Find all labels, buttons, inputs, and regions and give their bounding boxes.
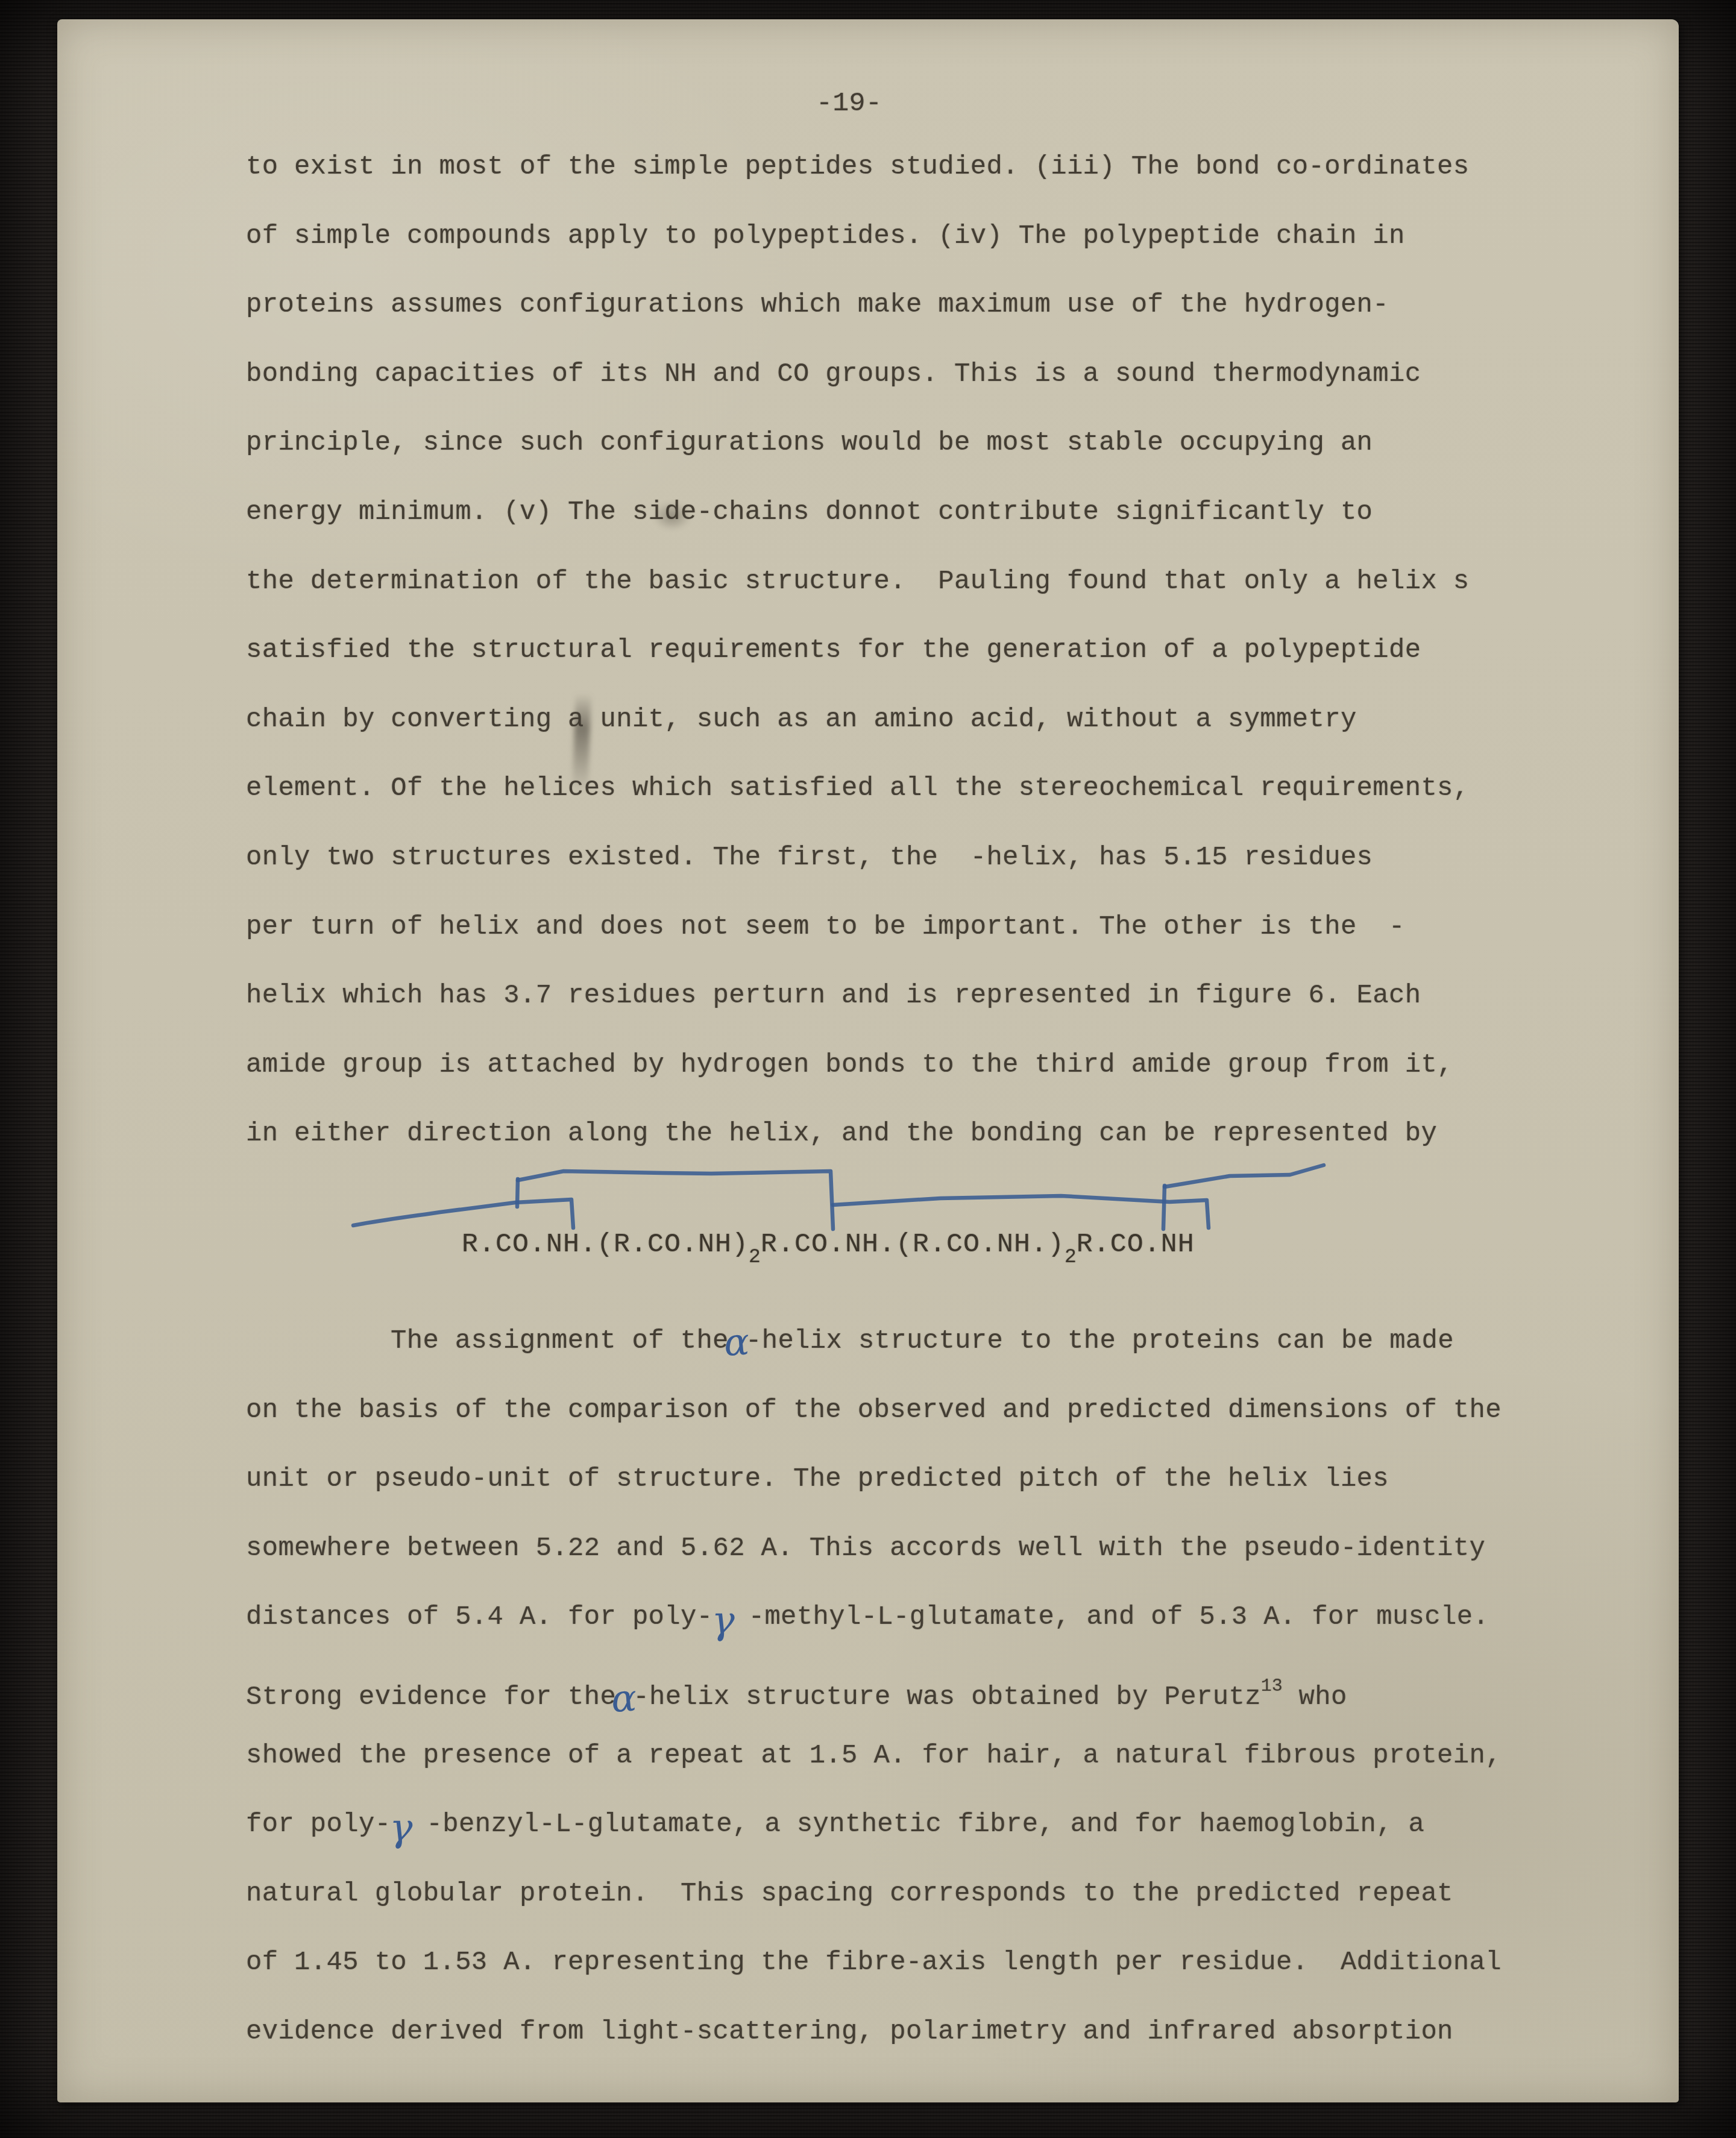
- text-line: per turn of helix and does not seem to b…: [246, 893, 1405, 961]
- text-line: for poly-γ -benzyl-L-glutamate, a synthe…: [246, 1790, 1424, 1859]
- typed-text: R.CO.NH.(R.CO.NH): [462, 1229, 749, 1260]
- typed-text: only two structures existed. The first, …: [246, 843, 1373, 873]
- text-line: showed the presence of a repeat at 1.5 A…: [246, 1721, 1502, 1790]
- text-line: satisfied the structural requirements fo…: [246, 616, 1421, 685]
- typed-text: bonding capacities of its NH and CO grou…: [246, 359, 1421, 389]
- text-line: on the basis of the comparison of the ob…: [246, 1376, 1502, 1445]
- text-line: unit or pseudo-unit of structure. The pr…: [246, 1445, 1389, 1514]
- typed-text: Strong evidence for the: [246, 1682, 616, 1712]
- ink-smudge: [653, 501, 691, 530]
- typed-text: chain by converting a unit, such as an a…: [246, 705, 1357, 735]
- ink-line-top-right: [1165, 1165, 1324, 1187]
- text-line: proteins assumes configurations which ma…: [246, 271, 1389, 339]
- handwritten-alpha-ink: α: [724, 1342, 749, 1343]
- typed-text: in either direction along the helix, and…: [246, 1119, 1437, 1149]
- typed-text: proteins assumes configurations which ma…: [246, 290, 1389, 320]
- typed-text: -methyl-L-glutamate, and of 5.3 A. for m…: [732, 1602, 1489, 1632]
- typed-text: to exist in most of the simple peptides …: [246, 152, 1470, 182]
- typed-text: R.CO.NH: [1077, 1229, 1195, 1260]
- text-line: in either direction along the helix, and…: [246, 1099, 1437, 1168]
- page-number: -19-: [816, 69, 882, 138]
- subscript: 2: [749, 1246, 761, 1268]
- typed-text: principle, since such configurations wou…: [246, 428, 1373, 458]
- text-line: The assignment of theα-helix structure t…: [246, 1307, 1454, 1376]
- typed-text: element. Of the helices which satisfied …: [246, 773, 1470, 803]
- typed-text: distances of 5.4 A. for poly-: [246, 1602, 712, 1632]
- text-line: chain by converting a unit, such as an a…: [246, 685, 1357, 754]
- text-line: only two structures existed. The first, …: [246, 823, 1373, 892]
- typed-text: showed the presence of a repeat at 1.5 A…: [246, 1741, 1502, 1771]
- text-line: of 1.45 to 1.53 A. representing the fibr…: [246, 1928, 1502, 1997]
- typed-text: amide group is attached by hydrogen bond…: [246, 1050, 1453, 1080]
- typed-text: somewhere between 5.22 and 5.62 A. This …: [246, 1533, 1485, 1564]
- text-line: evidence derived from light-scattering, …: [246, 1998, 1453, 2066]
- chemical-formula: R.CO.NH.(R.CO.NH)2R.CO.NH.(R.CO.NH.)2R.C…: [462, 1210, 1195, 1279]
- text-line: energy minimum. (v) The side-chains donn…: [246, 478, 1373, 547]
- typed-text: evidence derived from light-scattering, …: [246, 2017, 1453, 2047]
- typed-text: energy minimum. (v) The side-chains donn…: [246, 497, 1373, 527]
- typed-text: for poly-: [246, 1809, 391, 1840]
- typed-text: helix which has 3.7 residues perturn and…: [246, 981, 1421, 1011]
- text-line: Strong evidence for theα-helix structure…: [246, 1652, 1347, 1721]
- text-line: bonding capacities of its NH and CO grou…: [246, 340, 1421, 409]
- ink-tick-first: [517, 1179, 518, 1207]
- typed-text: of simple compounds apply to polypeptide…: [246, 221, 1405, 251]
- superscript: 13: [1261, 1676, 1283, 1697]
- typed-text: natural globular protein. This spacing c…: [246, 1879, 1453, 1909]
- text-line: natural globular protein. This spacing c…: [246, 1860, 1453, 1928]
- handwritten-alpha-ink: α: [611, 1698, 637, 1699]
- typed-text: unit or pseudo-unit of structure. The pr…: [246, 1464, 1389, 1494]
- document-page: -19- to exist in most of the simple pept…: [57, 19, 1679, 2102]
- scanner-backdrop: -19- to exist in most of the simple pept…: [0, 0, 1736, 2138]
- text-line: somewhere between 5.22 and 5.62 A. This …: [246, 1514, 1485, 1583]
- text-line: to exist in most of the simple peptides …: [246, 133, 1470, 201]
- typed-text: The assignment of the: [391, 1326, 729, 1356]
- text-line: principle, since such configurations wou…: [246, 409, 1373, 477]
- typed-text: of 1.45 to 1.53 A. representing the fibr…: [246, 1948, 1502, 1978]
- typed-text: the determination of the basic structure…: [246, 567, 1470, 597]
- typed-text: on the basis of the comparison of the ob…: [246, 1395, 1502, 1426]
- text-line: element. Of the helices which satisfied …: [246, 754, 1470, 823]
- text-line: of simple compounds apply to polypeptide…: [246, 202, 1405, 271]
- text-line: amide group is attached by hydrogen bond…: [246, 1031, 1453, 1099]
- text-line: the determination of the basic structure…: [246, 547, 1470, 616]
- typed-text: per turn of helix and does not seem to b…: [246, 912, 1405, 942]
- text-line: distances of 5.4 A. for poly-γ -methyl-L…: [246, 1583, 1489, 1652]
- typed-text: -helix structure to the proteins can be …: [746, 1326, 1454, 1356]
- text-line: helix which has 3.7 residues perturn and…: [246, 961, 1421, 1030]
- typed-text: R.CO.NH.(R.CO.NH.): [761, 1229, 1065, 1260]
- typed-text: -helix structure was obtained by Perutz: [633, 1682, 1260, 1712]
- typed-text: satisfied the structural requirements fo…: [246, 635, 1421, 665]
- typed-text: who: [1283, 1682, 1347, 1712]
- subscript: 2: [1065, 1246, 1077, 1268]
- typed-text: -benzyl-L-glutamate, a synthetic fibre, …: [410, 1809, 1424, 1840]
